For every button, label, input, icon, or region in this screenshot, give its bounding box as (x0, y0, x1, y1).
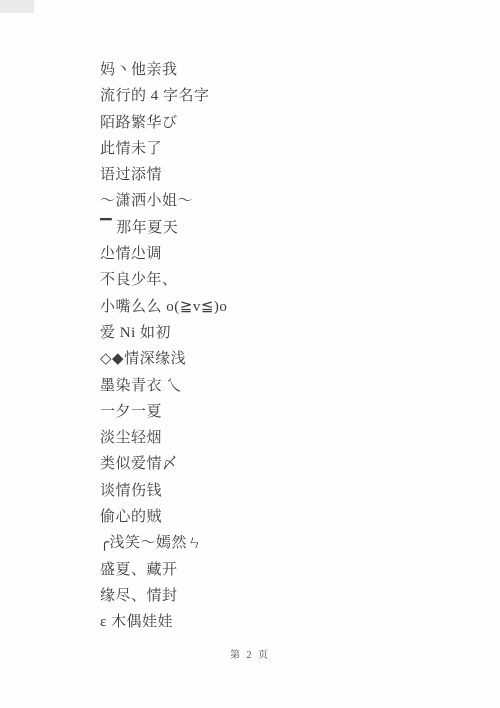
name-line: 此情未了 (100, 136, 470, 162)
name-line: 偷心的贼 (100, 504, 470, 530)
name-line: 缘尽、情封 (100, 583, 470, 609)
name-line: ～潇洒小姐～ (100, 188, 470, 214)
name-line: 淡尘轻烟 (100, 425, 470, 451)
name-line: 小嘴么么 o(≧v≦)o (100, 294, 470, 320)
name-line: 语过添情 (100, 162, 470, 188)
name-line: 谈情伤钱 (100, 478, 470, 504)
name-line: 不良少年、 (100, 267, 470, 293)
name-line: ╭浅笑〜嫣然ㄣ (100, 530, 470, 556)
name-line: ◇◆情深缘浅 (100, 346, 470, 372)
document-page: 妈丶他亲我 流行的 4 字名字 陌路繁华び 此情未了 语过添情 ～潇洒小姐～ ▔… (0, 0, 500, 708)
name-line: 盛夏、藏开 (100, 557, 470, 583)
name-list: 妈丶他亲我 流行的 4 字名字 陌路繁华び 此情未了 语过添情 ～潇洒小姐～ ▔… (100, 57, 470, 636)
scan-artifact (0, 0, 34, 13)
name-line: 一夕一夏 (100, 399, 470, 425)
name-line: 墨染青衣 乀 (100, 373, 470, 399)
name-line: ε 木偶娃娃 (100, 609, 470, 635)
name-line: 类似爱情〆 (100, 451, 470, 477)
name-line: 妈丶他亲我 (100, 57, 470, 83)
name-line: 陌路繁华び (100, 110, 470, 136)
name-line: 爱 Ni 如初 (100, 320, 470, 346)
name-line: 尐情尐调 (100, 241, 470, 267)
name-line: ▔ 那年夏天 (100, 215, 470, 241)
list-title-line: 流行的 4 字名字 (100, 83, 470, 109)
page-number-footer: 第 2 页 (0, 646, 500, 661)
